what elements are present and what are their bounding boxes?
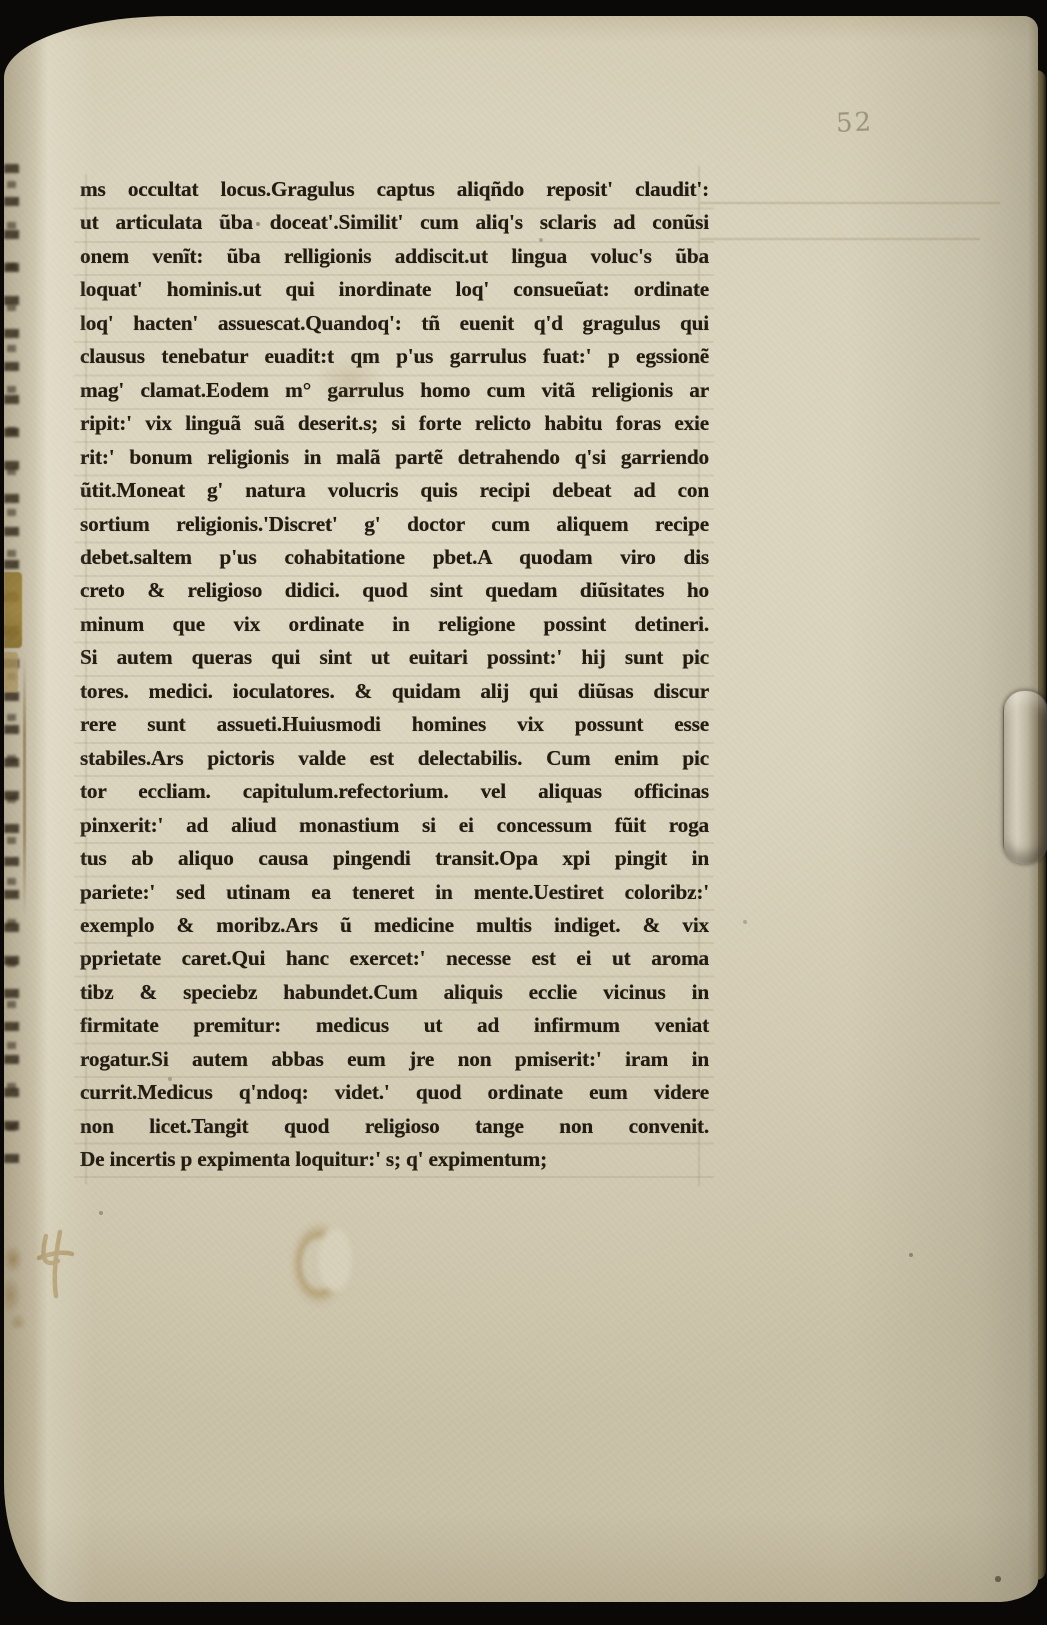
manuscript-page: 52 ms occultat locus.Gragulus captus ali… <box>4 16 1038 1602</box>
ruling-extension-second <box>700 238 980 240</box>
glass-book-weight <box>1003 690 1047 864</box>
text-block: ms occultat locus.Gragulus captus aliqñd… <box>80 173 709 1177</box>
ruling-extension-top <box>700 202 1000 204</box>
text-line: pariete:' sed utinam ea teneret in mente… <box>80 876 709 909</box>
text-line: ripit:' vix linguã suã deserit.s; si for… <box>80 407 709 440</box>
gutter-tab <box>4 572 22 648</box>
text-line: stabiles.Ars pictoris valde est delectab… <box>80 742 709 775</box>
text-line: onem venĩt: ũba relligionis addiscit.ut … <box>80 240 709 273</box>
text-line: rogatur.Si autem abbas eum jre non pmise… <box>80 1043 709 1076</box>
text-line: minum que vix ordinate in religione poss… <box>80 608 709 641</box>
text-line: tores. medici. ioculatores. & quidam ali… <box>80 675 709 708</box>
text-line: clausus tenebatur euadit:t qm p'us garru… <box>80 340 709 373</box>
stain-crescent <box>288 1214 350 1310</box>
faint-stain <box>304 346 394 416</box>
gutter-crease <box>23 656 26 916</box>
text-line: sortium religionis.'Discret' g' doctor c… <box>80 508 709 541</box>
edge-stain <box>4 1242 34 1328</box>
parchment-speckles <box>4 16 6 18</box>
text-line: currit.Medicus q'ndoq: videt.' quod ordi… <box>80 1076 709 1109</box>
text-line: tus ab aliquo causa pingendi transit.Opa… <box>80 842 709 875</box>
text-line: pprietate caret.Qui hanc exercet:' neces… <box>80 942 709 975</box>
text-line: Si autem queras qui sint ut euitari poss… <box>80 641 709 674</box>
gutter-tab-light <box>4 652 18 692</box>
ink-smudge <box>32 1228 78 1309</box>
text-line: rere sunt assueti.Huiusmodi homines vix … <box>80 708 709 741</box>
text-line: ut articulata ũba doceat'.Similit' cum a… <box>80 206 709 239</box>
text-line: ũtit.Moneat g' natura volucris quis reci… <box>80 474 709 507</box>
text-line: tibz & speciebz habundet.Cum aliquis ecc… <box>80 976 709 1009</box>
text-line: De incertis p expimenta loquitur:' s; q'… <box>80 1143 709 1176</box>
text-line: tor eccliam. capitulum.refectorium. vel … <box>80 775 709 808</box>
text-line: non licet.Tangit quod religioso tange no… <box>80 1110 709 1143</box>
text-line: loq' hacten' assuescat.Quandoq': tñ euen… <box>80 307 709 340</box>
text-line: exemplo & moribz.Ars ũ medicine multis i… <box>80 909 709 942</box>
text-line: rit:' bonum religionis in malã partẽ det… <box>80 441 709 474</box>
text-line: loquat' hominis.ut qui inordinate loq' c… <box>80 273 709 306</box>
text-line: pinxerit:' ad aliud monastium si ei conc… <box>80 809 709 842</box>
manuscript-photo: 52 ms occultat locus.Gragulus captus ali… <box>0 0 1047 1625</box>
folio-number: 52 <box>835 107 873 138</box>
text-line: mag' clamat.Eodem m° garrulus homo cum v… <box>80 374 709 407</box>
text-line: firmitate premitur: medicus ut ad infirm… <box>80 1009 709 1042</box>
text-line: creto & religioso didici. quod sint qued… <box>80 574 709 607</box>
text-line: debet.saltem p'us cohabitatione pbet.A q… <box>80 541 709 574</box>
text-line: ms occultat locus.Gragulus captus aliqñd… <box>80 173 709 206</box>
